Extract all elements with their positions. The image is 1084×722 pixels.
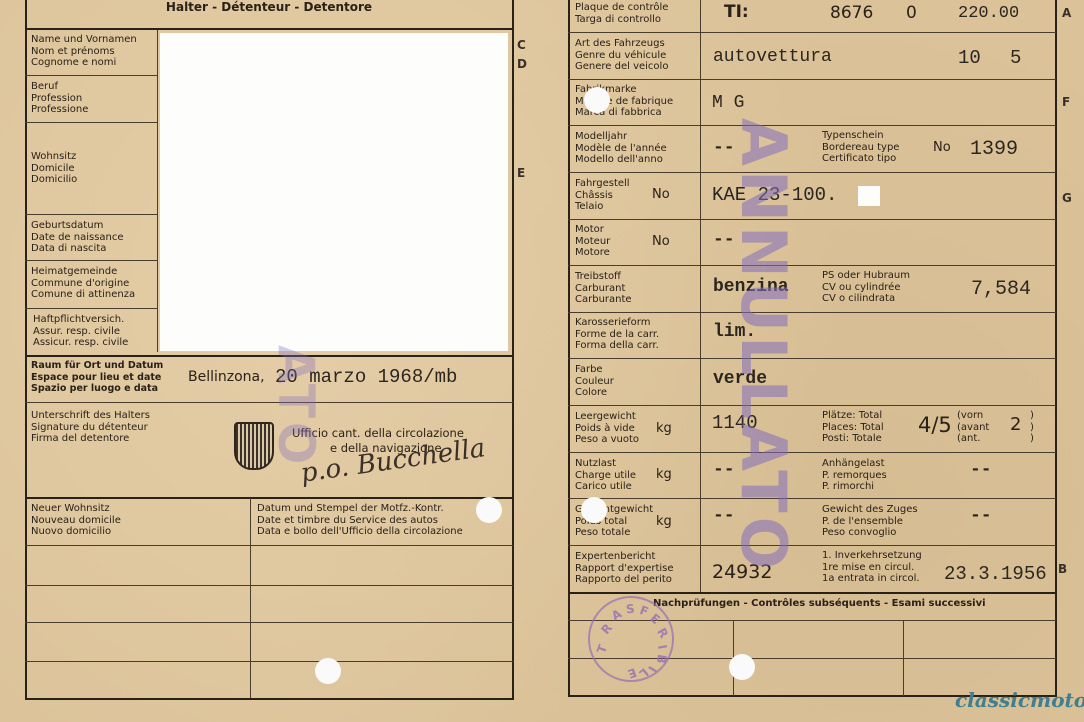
label-plate: Plaque de contrôle Targa di controllo <box>575 2 668 25</box>
label-cv: PS oder Hubraum CV ou cylindrée CV o cil… <box>822 270 910 305</box>
margin-letter-c: C <box>517 38 526 52</box>
annullato-stamp-left: ATO <box>267 345 325 468</box>
type-no-label: No <box>933 140 951 155</box>
margin-letter-d: D <box>517 57 527 71</box>
chassis-redaction <box>858 186 880 206</box>
make-value: M G <box>712 93 744 113</box>
label-seats: Plätze: Total Places: Total Posti: Total… <box>822 410 884 445</box>
margin-letter-e: E <box>517 166 525 180</box>
label-domicile: Wohnsitz Domicile Domicilio <box>31 151 77 186</box>
front-seats-brace: ))) <box>1030 410 1034 445</box>
type-no-value: 1399 <box>970 138 1018 161</box>
cv-value: 7,584 <box>971 278 1031 301</box>
punch-hole <box>584 87 610 113</box>
label-trailer-load: Anhängelast P. remorques P. rimorchi <box>822 458 887 493</box>
label-vehicle-type: Art des Fahrzeugs Genre du véhicule Gene… <box>575 38 668 73</box>
label-expert-report: Expertenbericht Rapport d'expertise Rapp… <box>575 551 674 586</box>
label-new-domicile: Neuer Wohnsitz Nouveau domicile Nuovo do… <box>31 503 121 538</box>
label-model-year: Modelljahr Modèle de l'année Modello del… <box>575 131 667 166</box>
empty-weight-unit: kg <box>656 421 672 436</box>
vehicle-type-code2: 5 <box>1010 47 1021 69</box>
label-payload: Nutzlast Charge utile Carico utile <box>575 458 636 493</box>
seats-value: 4/5 <box>918 413 952 437</box>
redacted-holder-info <box>160 33 508 351</box>
vehicle-type-code1: 10 <box>958 47 981 69</box>
label-insurance: Haftpflichtversich. Assur. resp. civile … <box>33 314 128 349</box>
transferable-stamp: T R A S F E R I B I L E <box>588 596 674 682</box>
label-front-seats: (vorn (avant (ant. <box>957 410 989 445</box>
punch-hole <box>729 654 755 680</box>
plate-code: 0 <box>906 3 917 23</box>
label-date-stamp: Datum und Stempel der Motfz.-Kontr. Date… <box>257 503 463 538</box>
label-train-weight: Gewicht des Zuges P. de l'ensemble Peso … <box>822 504 918 539</box>
trailer-load-value: -- <box>970 460 992 480</box>
annullato-stamp-right: ANNULLATO <box>727 118 800 573</box>
label-place-date: Raum für Ort und Datum Espace pour lieu … <box>31 360 163 395</box>
plate-canton: TI: <box>724 2 749 22</box>
label-chassis: Fahrgestell Châssis Telaio <box>575 178 630 213</box>
label-name: Name und Vornamen Nom et prénoms Cognome… <box>31 34 137 69</box>
margin-letter-g: G <box>1062 191 1072 205</box>
payload-unit: kg <box>656 467 672 482</box>
label-color: Farbe Couleur Colore <box>575 364 614 399</box>
label-type-certificate: Typenschein Bordereau type Certificato t… <box>822 130 899 165</box>
label-first-registration: 1. Inverkehrsetzung 1re mise en circul. … <box>822 550 922 585</box>
watermark-logo: classicmoto.Rs <box>955 688 1084 712</box>
vehicle-type-value: autovettura <box>713 47 832 67</box>
front-seats-value: 2 <box>1010 414 1021 435</box>
margin-letter-f: F <box>1062 95 1070 109</box>
total-weight-unit: kg <box>656 514 672 529</box>
punch-hole <box>476 497 502 523</box>
place-value: Bellinzona, <box>188 369 265 385</box>
label-origin: Heimatgemeinde Commune d'origine Comune … <box>31 266 135 301</box>
punch-hole <box>581 497 607 523</box>
label-holder-signature: Unterschrift des Halters Signature du dé… <box>31 410 150 445</box>
label-fuel: Treibstoff Carburant Carburante <box>575 271 632 306</box>
plate-number: 8676 <box>830 3 873 23</box>
punch-hole <box>315 658 341 684</box>
label-engine: Motor Moteur Motore <box>575 224 610 259</box>
train-weight-value: -- <box>970 506 992 526</box>
plate-fee: 220.00 <box>958 4 1019 23</box>
margin-letter-a: A <box>1062 6 1071 20</box>
label-profession: Beruf Profession Professione <box>31 81 88 116</box>
first-registration-value: 23.3.1956 <box>944 563 1047 585</box>
label-birthdate: Geburtsdatum Date de naissance Data di n… <box>31 220 124 255</box>
holder-header: Halter - Détenteur - Detentore <box>25 0 513 14</box>
margin-letter-b: B <box>1058 562 1067 576</box>
label-body: Karosserieform Forme de la carr. Forma d… <box>575 317 659 352</box>
chassis-no-label: No <box>652 187 670 202</box>
inspections-header: Nachprüfungen - Contrôles subséquents - … <box>653 598 986 609</box>
label-empty-weight: Leergewicht Poids à vide Peso a vuoto <box>575 411 639 446</box>
engine-no-label: No <box>652 234 670 249</box>
